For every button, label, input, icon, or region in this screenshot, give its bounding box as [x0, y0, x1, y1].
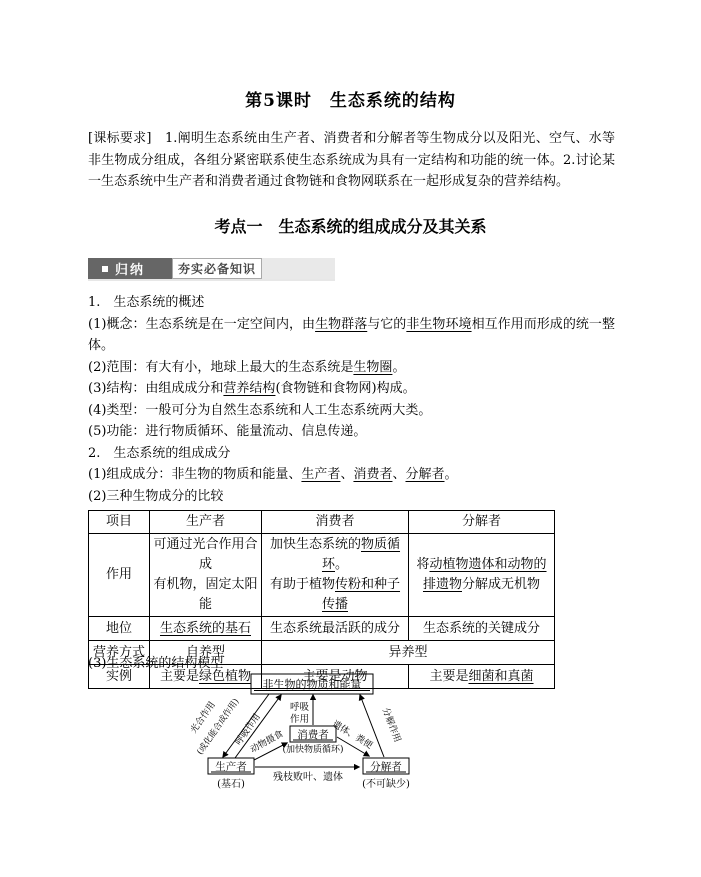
outline-point: (3)结构：由组成成分和营养结构(食物链和食物网)构成。: [88, 378, 615, 400]
table-row-status: 地位 生态系统的基石 生态系统最活跃的成分 生态系统的关键成分: [89, 617, 555, 641]
consumer-box-label: 消费者: [297, 728, 329, 741]
outline-heading-2: 2. 生态系统的组成成分: [88, 443, 615, 465]
tab-knowledge[interactable]: 夯实必备知识: [172, 258, 262, 279]
table-cell: 将动植物遗体和动物的排遗物分解成无机物: [409, 534, 555, 617]
table-cell: 加快生态系统的物质循环。有助于植物传粉和种子传播: [262, 534, 409, 617]
table-cell: 可通过光合作用合成有机物，固定太阳能: [150, 534, 262, 617]
label-respiration-consumer-line1: 呼吸: [290, 701, 310, 713]
decomposer-note: (不可缺少): [362, 777, 410, 790]
label-respiration-consumer-line2: 作用: [290, 713, 309, 725]
outline-notes: 1. 生态系统的概述 (1)概念：生态系统是在一定空间内，由生物群落与它的非生物…: [88, 292, 615, 507]
table-cell: 生态系统的关键成分: [409, 617, 555, 641]
label-litter-remains: 残枝败叶、遗体: [273, 770, 343, 783]
outline-heading-1: 1. 生态系统的概述: [88, 292, 615, 314]
row-label: 作用: [89, 534, 150, 617]
tab-summary-label: 归纳: [115, 259, 145, 278]
producer-box-label: 生产者: [215, 760, 247, 773]
square-bullet-icon: [102, 266, 108, 272]
tab-summary[interactable]: 归纳: [88, 258, 172, 279]
outline-point: (5)功能：进行物质循环、能量流动、信息传递。: [88, 421, 615, 443]
producer-note: (基石): [217, 777, 245, 790]
summary-tab-bar: 归纳 夯实必备知识: [88, 258, 335, 281]
section-heading: 考点一 生态系统的组成成分及其关系: [0, 214, 701, 237]
document-page: 第5课时 生态系统的结构 [课标要求] 1.阐明生态系统由生产者、消费者和分解者…: [0, 0, 701, 877]
table-header-cell: 生产者: [150, 511, 262, 534]
table-cell-merged: 异养型: [262, 641, 555, 665]
row-label: 地位: [89, 617, 150, 641]
decomposer-box-label: 分解者: [370, 760, 402, 773]
table-cell: 生态系统的基石: [150, 617, 262, 641]
outline-point: (2)范围：有大有小，地球上最大的生态系统是生物圈。: [88, 357, 615, 379]
table-row-function: 作用 可通过光合作用合成有机物，固定太阳能 加快生态系统的物质循环。有助于植物传…: [89, 534, 555, 617]
outline-point: (1)组成成分：非生物的物质和能量、生产者、消费者、分解者。: [88, 464, 615, 486]
outline-point: (4)类型：一般可分为自然生态系统和人工生态系统两大类。: [88, 400, 615, 422]
table-header-cell: 消费者: [262, 511, 409, 534]
outline-point: (2)三种生物成分的比较: [88, 486, 615, 508]
consumer-note: (加快物质循环): [282, 743, 343, 755]
page-title: 第5课时 生态系统的结构: [0, 86, 701, 111]
tab-strip-filler: [262, 258, 335, 279]
label-feeding: 动物摄食: [248, 727, 285, 755]
outline-point: (1)概念：生态系统是在一定空间内，由生物群落与它的非生物环境相互作用而形成的统…: [88, 314, 615, 357]
course-standard-label: [课标要求]: [88, 131, 165, 146]
ecosystem-model-diagram: 光合作用 (或化能合成作用) 呼吸作用 呼吸 作用 分解作用 动物摄食 遗体、粪…: [191, 670, 471, 806]
table-header-cell: 项目: [89, 511, 150, 534]
course-standard-text: 1.阐明生态系统由生产者、消费者和分解者等生物成分以及阳光、空气、水等非生物成分…: [88, 131, 615, 189]
table-cell: 生态系统最活跃的成分: [262, 617, 409, 641]
course-standard-paragraph: [课标要求] 1.阐明生态系统由生产者、消费者和分解者等生物成分以及阳光、空气、…: [88, 128, 615, 193]
label-decomposition: 分解作用: [380, 706, 404, 744]
model-caption: (3)生态系统的结构模型: [88, 652, 223, 671]
table-header-row: 项目 生产者 消费者 分解者: [89, 511, 555, 534]
table-header-cell: 分解者: [409, 511, 555, 534]
abiotic-box-label: 非生物的物质和能量: [263, 677, 362, 691]
